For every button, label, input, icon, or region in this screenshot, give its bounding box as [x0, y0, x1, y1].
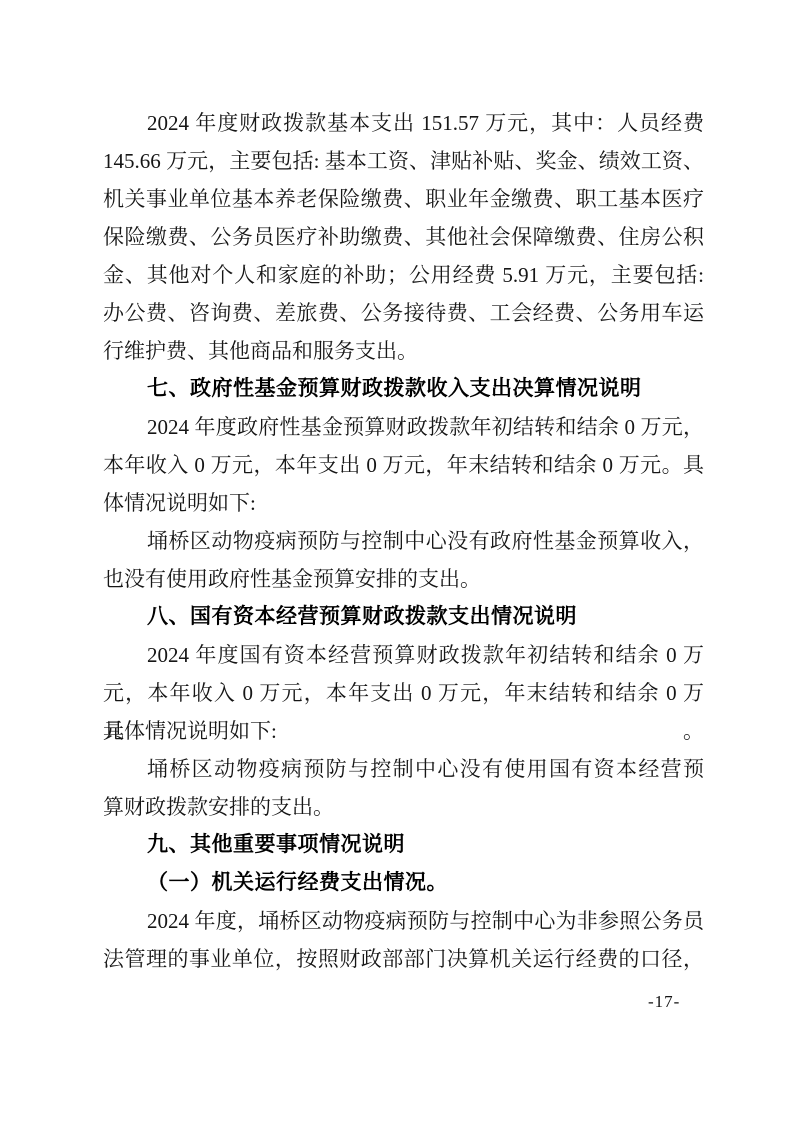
document-body: 2024 年度财政拨款基本支出 151.57 万元，其中：人员经费145.66 … [103, 104, 704, 978]
section-heading-line: （一）机关运行经费支出情况。 [103, 864, 704, 902]
paragraph-text-line: 埇桥区动物疫病预防与控制中心没有政府性基金预算收入， [103, 522, 704, 560]
paragraph-text-line: 行维护费、其他商品和服务支出。 [103, 332, 704, 370]
paragraph-text-line: 2024 年度国有资本经营预算财政拨款年初结转和结余 0 万 [103, 636, 704, 674]
paragraph-text-line: 体情况说明如下: [103, 484, 704, 522]
paragraph-text-line: 保险缴费、公务员医疗补助缴费、其他社会保障缴费、住房公积 [103, 218, 704, 256]
paragraph-text-line: 埇桥区动物疫病预防与控制中心没有使用国有资本经营预 [103, 750, 704, 788]
paragraph-text-line: 法管理的事业单位，按照财政部部门决算机关运行经费的口径， [103, 940, 704, 978]
document-page: 2024 年度财政拨款基本支出 151.57 万元，其中：人员经费145.66 … [0, 0, 793, 1122]
page-number: -17- [648, 992, 680, 1012]
paragraph-text-line: 2024 年度，埇桥区动物疫病预防与控制中心为非参照公务员 [103, 902, 704, 940]
paragraph-text-line: 元，本年收入 0 万元，本年支出 0 万元，年末结转和结余 0 万元。 [103, 674, 704, 712]
paragraph-text-line: 145.66 万元，主要包括: 基本工资、津贴补贴、奖金、绩效工资、 [103, 142, 704, 180]
paragraph-text-line: 也没有使用政府性基金预算安排的支出。 [103, 560, 704, 598]
paragraph-text-line: 2024 年度财政拨款基本支出 151.57 万元，其中：人员经费 [103, 104, 704, 142]
paragraph-text-line: 算财政拨款安排的支出。 [103, 788, 704, 826]
section-heading-line: 九、其他重要事项情况说明 [103, 826, 704, 864]
paragraph-text-line: 机关事业单位基本养老保险缴费、职业年金缴费、职工基本医疗 [103, 180, 704, 218]
section-heading-line: 八、国有资本经营预算财政拨款支出情况说明 [103, 598, 704, 636]
paragraph-text-line: 金、其他对个人和家庭的补助；公用经费 5.91 万元，主要包括: [103, 256, 704, 294]
paragraph-text-line: 办公费、咨询费、差旅费、公务接待费、工会经费、公务用车运 [103, 294, 704, 332]
section-heading-line: 七、政府性基金预算财政拨款收入支出决算情况说明 [103, 370, 704, 408]
paragraph-text-line: 2024 年度政府性基金预算财政拨款年初结转和结余 0 万元， [103, 408, 704, 446]
paragraph-text-line: 本年收入 0 万元，本年支出 0 万元，年末结转和结余 0 万元。具 [103, 446, 704, 484]
